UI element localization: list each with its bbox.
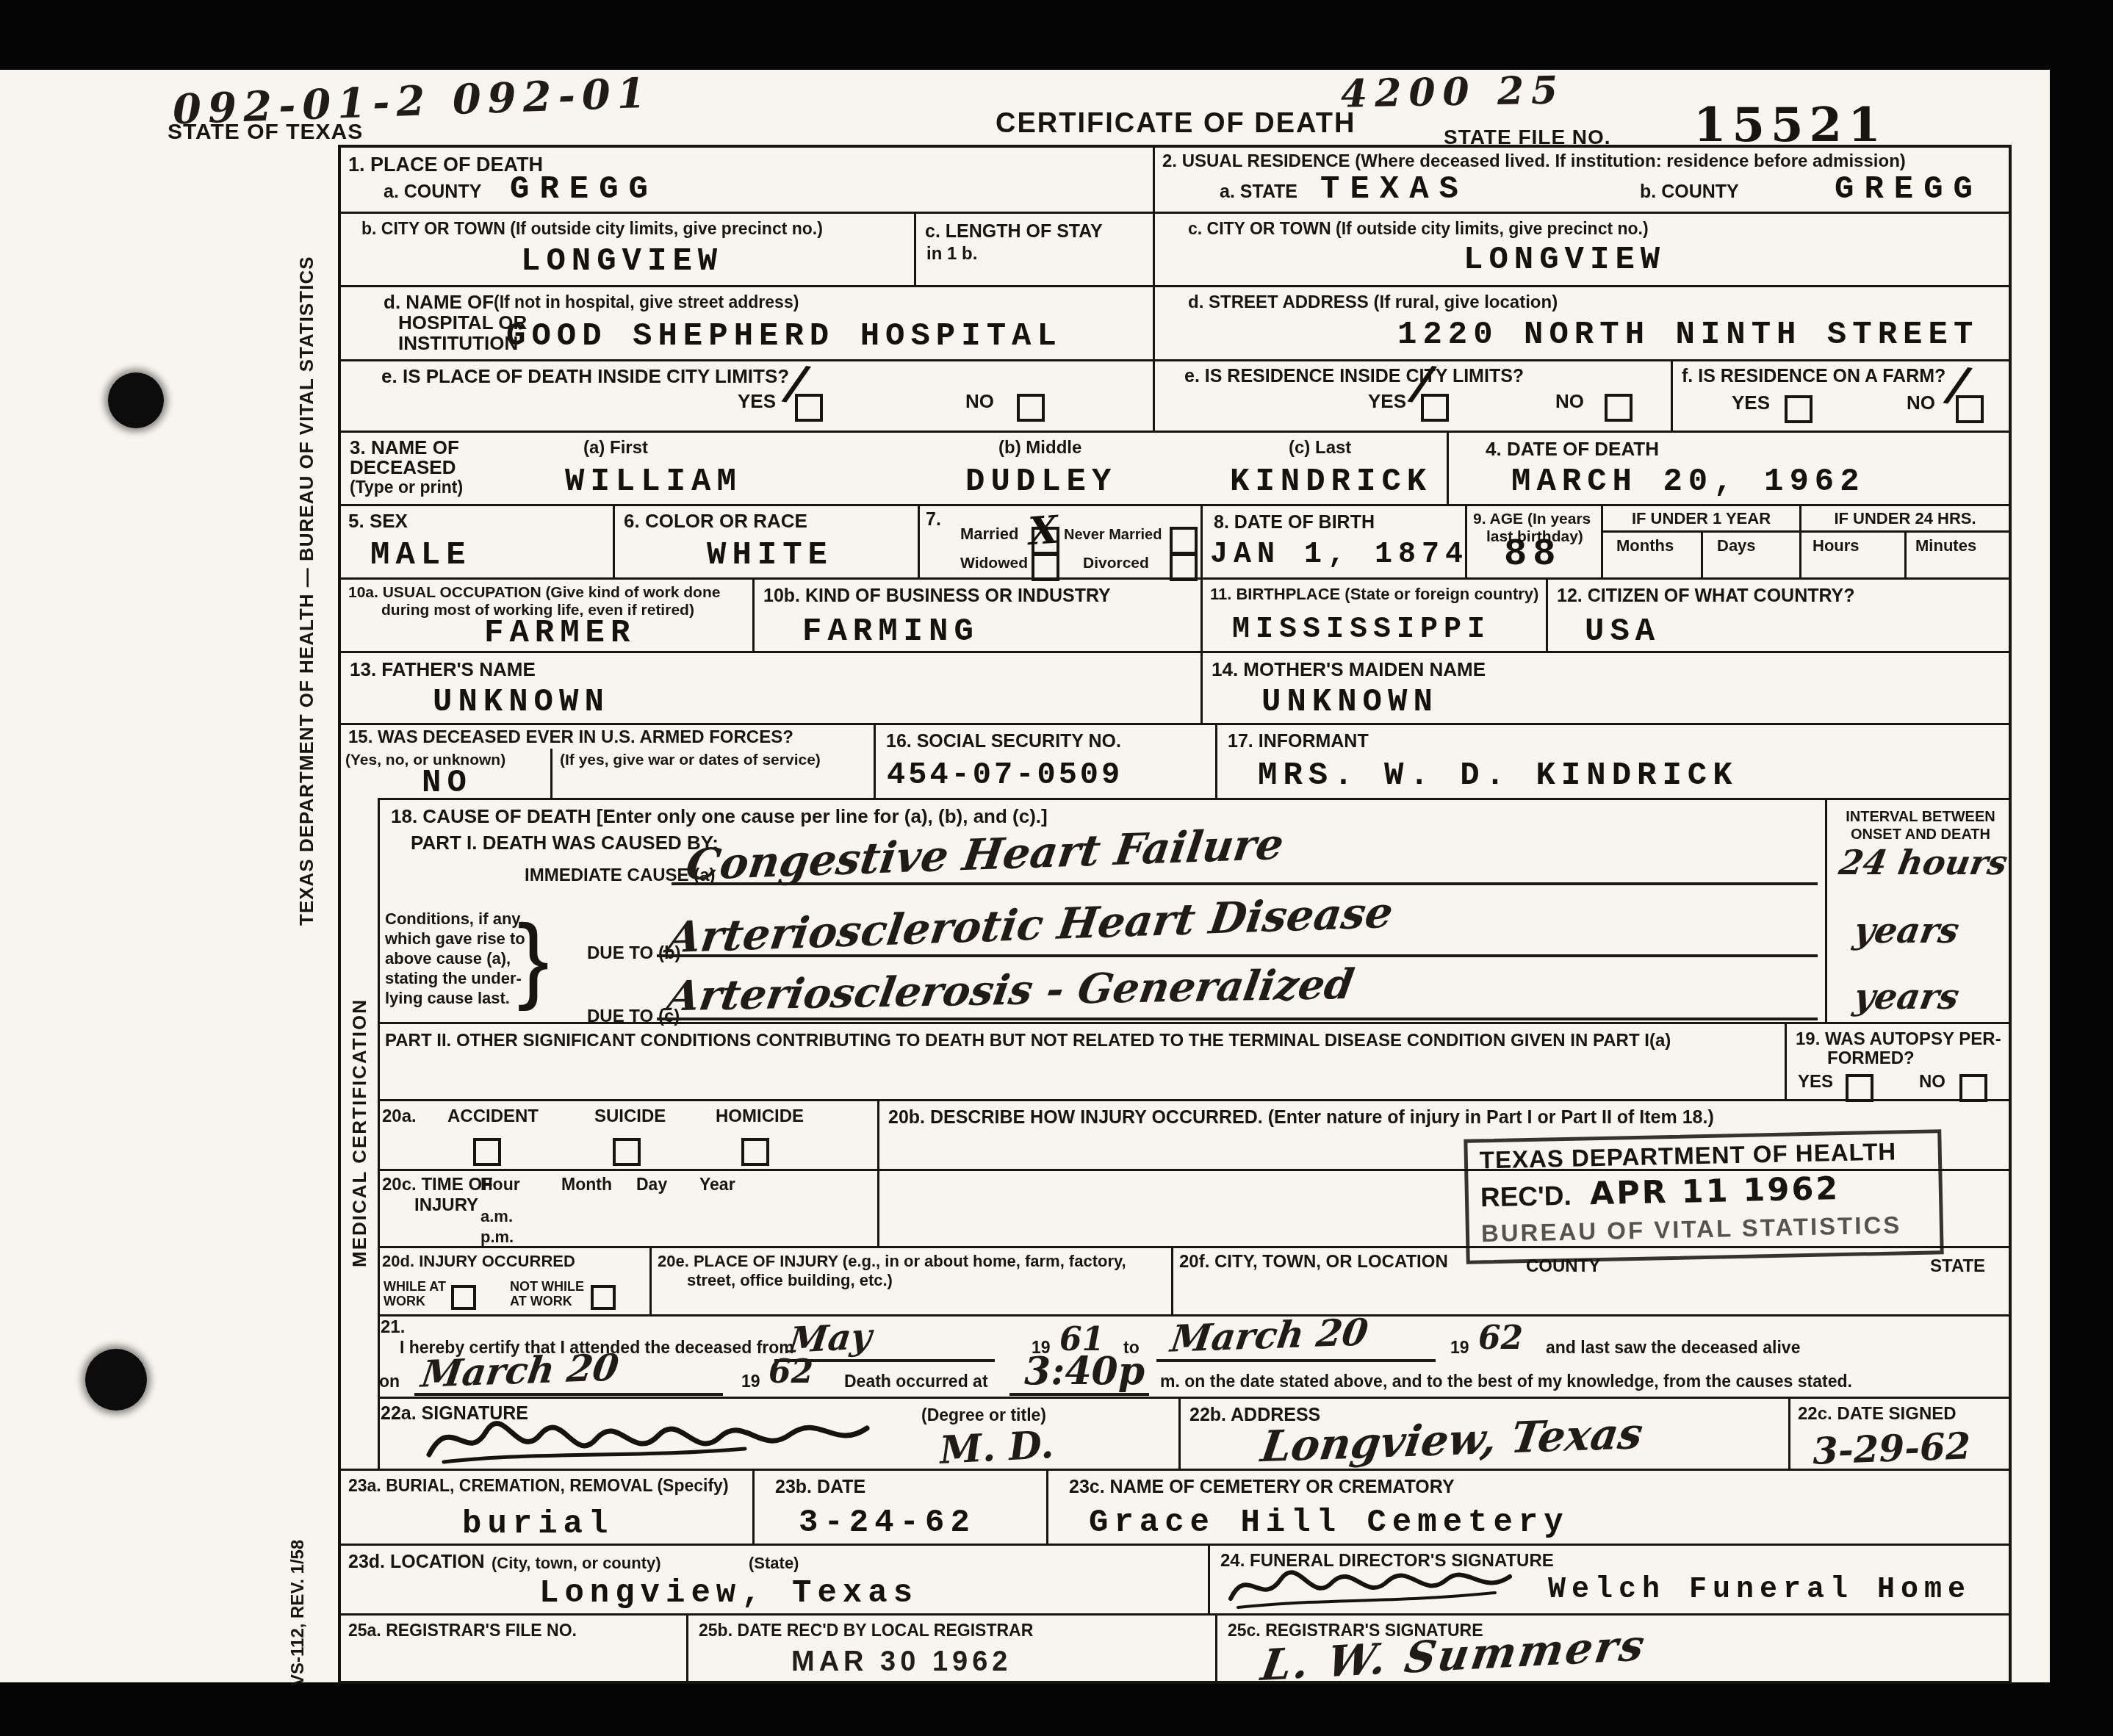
citizen-value: USA — [1585, 613, 1660, 650]
sex-cell: 5. SEX MALE — [341, 506, 613, 577]
place-of-death-section: 1. PLACE OF DEATH a. COUNTY GREGG — [341, 148, 1153, 212]
handwritten-batch-number: 4200 25 — [1340, 68, 1565, 116]
row-signature: 22a. SIGNATURE (Degree or title) M. D. 2… — [341, 1397, 2009, 1469]
business-label: 10b. KIND OF BUSINESS OR INDUSTRY — [763, 586, 1111, 606]
on-year-value: 62 — [768, 1353, 813, 1391]
hole-punch-top — [108, 372, 164, 428]
residence-city-cell: c. CITY OR TOWN (If outside city limits,… — [1153, 214, 2009, 285]
cemetery-label: 23c. NAME OF CEMETERY OR CREMATORY — [1069, 1477, 1455, 1497]
row-city-town: b. CITY OR TOWN (If outside city limits,… — [341, 212, 2009, 285]
label-20e-2: street, office building, etc.) — [687, 1272, 893, 1290]
farm-yes-label: YES — [1732, 392, 1770, 414]
occupation-cell: 10a. USUAL OCCUPATION (Give kind of work… — [341, 580, 752, 651]
stamp-line-3: BUREAU OF VITAL STATISTICS — [1481, 1211, 1902, 1247]
burial-date-value: 3-24-62 — [799, 1505, 976, 1541]
burial-location-cell: 23d. LOCATION (City, town, or county) (S… — [341, 1546, 1208, 1613]
row-parents: 13. FATHER'S NAME UNKNOWN 14. MOTHER'S M… — [341, 651, 2009, 723]
residence-city-limits-label: e. IS RESIDENCE INSIDE CITY LIMITS? — [1184, 366, 1524, 386]
burial-date-cell: 23b. DATE 3-24-62 — [752, 1471, 1046, 1544]
residence-no-label: NO — [1555, 391, 1584, 412]
day-label: Day — [636, 1175, 667, 1195]
not-while-label-2: AT WORK — [510, 1294, 572, 1308]
place-of-injury-cell: 20e. PLACE OF INJURY (e.g., in or about … — [649, 1248, 1171, 1314]
under-24-hrs-label: IF UNDER 24 HRS. — [1801, 510, 2009, 528]
ssn-value: 454-07-0509 — [887, 757, 1123, 793]
father-label: 13. FATHER'S NAME — [350, 659, 536, 680]
row-location-funeral: 23d. LOCATION (City, town, or county) (S… — [341, 1544, 2009, 1613]
name-title-1: 3. NAME OF — [350, 437, 459, 458]
place-no-checkbox — [1017, 394, 1045, 422]
burial-date-label: 23b. DATE — [775, 1477, 865, 1497]
race-label: 6. COLOR OR RACE — [624, 511, 807, 532]
birthplace-label: 11. BIRTHPLACE (State or foreign country… — [1210, 586, 1538, 604]
physician-signature-cell: 22a. SIGNATURE (Degree or title) M. D. — [378, 1399, 1178, 1469]
date-signed-label: 22c. DATE SIGNED — [1798, 1405, 1957, 1425]
not-while-at-work-checkbox — [591, 1285, 616, 1310]
accident-checkbox — [473, 1138, 501, 1166]
father-cell: 13. FATHER'S NAME UNKNOWN — [341, 653, 1201, 723]
attended-to-value: March 20 — [1168, 1310, 1371, 1361]
name-title-3: (Type or print) — [350, 478, 463, 497]
date-of-death-label: 4. DATE OF DEATH — [1486, 439, 1659, 460]
occupation-value: FARMER — [484, 615, 636, 652]
armed-forces-label: 15. WAS DECEASED EVER IN U.S. ARMED FORC… — [348, 728, 793, 748]
residence-yes-label: YES — [1368, 391, 1406, 412]
scanned-death-certificate: 092-01-2 092-01 4200 25 STATE OF TEXAS C… — [0, 0, 2113, 1736]
funeral-director-signature-scribble — [1225, 1556, 1519, 1610]
mother-label: 14. MOTHER'S MAIDEN NAME — [1212, 659, 1486, 680]
item-21-number: 21. — [381, 1318, 405, 1338]
first-name-label: (a) First — [583, 439, 648, 458]
hospital-label-3: INSTITUTION — [398, 333, 518, 354]
mother-cell: 14. MOTHER'S MAIDEN NAME UNKNOWN — [1201, 653, 2009, 723]
street-address-value: 1220 NORTH NINTH STREET — [1397, 317, 1979, 353]
time-of-death-value: 3:40p — [1024, 1349, 1145, 1394]
printed-19-c: 19 — [741, 1372, 760, 1391]
informant-value: MRS. W. D. KINDRICK — [1258, 757, 1738, 794]
burial-type-label: 23a. BURIAL, CREMATION, REMOVAL (Specify… — [348, 1477, 729, 1496]
part-2-label: PART II. OTHER SIGNIFICANT CONDITIONS CO… — [385, 1031, 1671, 1051]
suicide-checkbox — [613, 1138, 641, 1166]
row-burial: 23a. BURIAL, CREMATION, REMOVAL (Specify… — [341, 1469, 2009, 1544]
row-name-dod: 3. NAME OF DECEASED (Type or print) (a) … — [341, 431, 2009, 504]
residence-city-limits-cell: e. IS RESIDENCE INSIDE CITY LIMITS? YES … — [1153, 361, 1671, 431]
conditions-line-2: which gave rise to — [385, 930, 525, 948]
on-word: on — [379, 1372, 400, 1391]
injury-occurred-cell: 20d. INJURY OCCURRED WHILE AT WORK NOT W… — [378, 1248, 649, 1314]
informant-cell: 17. INFORMANT MRS. W. D. KINDRICK — [1215, 725, 2009, 798]
date-signed-cell: 22c. DATE SIGNED 3-29-62 — [1788, 1399, 2009, 1469]
interval-column-divider — [1825, 800, 1827, 1022]
accident-suicide-homicide-cell: 20a. ACCIDENT SUICIDE HOMICIDE — [378, 1101, 877, 1169]
date-received-stamp: MAR 30 1962 — [791, 1646, 1012, 1678]
place-county-value: GREGG — [510, 171, 658, 208]
conditions-line-3: above cause (a), — [385, 950, 511, 968]
burial-type-value: burial — [462, 1506, 613, 1543]
registrar-file-no-cell: 25a. REGISTRAR'S FILE NO. — [341, 1616, 686, 1681]
burial-type-cell: 23a. BURIAL, CREMATION, REMOVAL (Specify… — [341, 1471, 752, 1544]
degree-value: M. D. — [939, 1422, 1055, 1473]
father-value: UNKNOWN — [433, 684, 610, 721]
homicide-checkbox — [741, 1138, 769, 1166]
conditions-line-5: lying cause last. — [385, 990, 510, 1008]
certify-text-3: Death occurred at — [844, 1372, 988, 1391]
registrar-file-no-label: 25a. REGISTRAR'S FILE NO. — [348, 1621, 577, 1640]
race-value: WHITE — [707, 537, 833, 574]
label-20a: 20a. — [382, 1107, 417, 1127]
length-of-stay-sublabel: in 1 b. — [926, 245, 977, 264]
last-name-label: (c) Last — [1289, 439, 1351, 458]
informant-label: 17. INFORMANT — [1228, 731, 1369, 752]
label-20c-1: 20c. TIME OF — [382, 1175, 493, 1195]
farm-yes-checkbox — [1785, 395, 1813, 423]
age-cell: 9. AGE (In years last birthday) 88 — [1465, 506, 1601, 577]
armed-forces-value: NO — [422, 765, 472, 802]
hour-label: Hour — [480, 1175, 520, 1195]
hospital-cell: d. NAME OF (If not in hospital, give str… — [341, 287, 1153, 359]
date-signed-value: 3-29-62 — [1812, 1424, 1971, 1472]
location-value: Longview, Texas — [539, 1575, 918, 1612]
citizen-cell: 12. CITIZEN OF WHAT COUNTRY? USA — [1546, 580, 2009, 651]
residence-city-value: LONGVIEW — [1464, 242, 1666, 278]
row-sex-race-age: 5. SEX MALE 6. COLOR OR RACE WHITE 7. Ma… — [341, 504, 2009, 577]
state-of-texas-label: STATE OF TEXAS — [168, 120, 363, 145]
race-cell: 6. COLOR OR RACE WHITE — [613, 506, 918, 577]
while-at-label-2: WORK — [384, 1294, 425, 1308]
minutes-label: Minutes — [1915, 537, 1976, 555]
label-20e-1: 20e. PLACE OF INJURY (e.g., in or about … — [658, 1253, 1126, 1271]
residence-city-label: c. CITY OR TOWN (If outside city limits,… — [1188, 220, 1649, 239]
conditions-line-4: stating the under- — [385, 970, 522, 988]
business-value: FARMING — [802, 613, 979, 650]
age-value: 88 — [1504, 533, 1561, 576]
never-married-label: Never Married — [1064, 527, 1162, 543]
name-of-deceased-cell: 3. NAME OF DECEASED (Type or print) (a) … — [341, 433, 1447, 504]
to-year-value: 62 — [1478, 1319, 1523, 1357]
residence-no-checkbox — [1605, 394, 1633, 422]
state-column-label: STATE — [1930, 1257, 1985, 1277]
cause-b-line — [657, 954, 1818, 957]
cause-c-line — [657, 1018, 1818, 1020]
row-part2-autopsy: PART II. OTHER SIGNIFICANT CONDITIONS CO… — [341, 1022, 2009, 1099]
date-received-cell: 25b. DATE REC'D BY LOCAL REGISTRAR MAR 3… — [686, 1616, 1215, 1681]
autopsy-label-1: 19. WAS AUTOPSY PER- — [1796, 1030, 2001, 1050]
row-forces-ssn: 15. WAS DECEASED EVER IN U.S. ARMED FORC… — [341, 723, 2009, 798]
cause-b-value: Arteriosclerotic Heart Disease — [664, 887, 1396, 963]
on-underline — [414, 1393, 723, 1396]
place-city-limits-cell: e. IS PLACE OF DEATH INSIDE CITY LIMITS?… — [341, 361, 1153, 431]
place-no-label: NO — [965, 391, 994, 412]
hospital-label-paren: (If not in hospital, give street address… — [494, 293, 799, 312]
agency-vertical-label: TEXAS DEPARTMENT OF HEALTH — BUREAU OF V… — [295, 353, 325, 926]
residence-state-value: TEXAS — [1320, 171, 1469, 208]
residence-farm-label: f. IS RESIDENCE ON A FARM? — [1682, 366, 1945, 386]
not-while-label-1: NOT WHILE — [510, 1279, 584, 1294]
name-title-2: DECEASED — [350, 457, 456, 478]
row-place-residence-header: 1. PLACE OF DEATH a. COUNTY GREGG 2. USU… — [341, 148, 2009, 212]
cemetery-cell: 23c. NAME OF CEMETERY OR CREMATORY Grace… — [1046, 1471, 2009, 1544]
location-sub1: (City, town, or county) — [492, 1555, 661, 1573]
autopsy-cell: 19. WAS AUTOPSY PER- FORMED? YES NO — [1785, 1024, 2009, 1099]
interval-c-value: years — [1851, 976, 1962, 1018]
date-of-birth-value: JAN 1, 1874 — [1210, 539, 1469, 572]
registrar-signature-cell: 25c. REGISTRAR'S SIGNATURE L. W. Summers — [1215, 1616, 2009, 1681]
date-of-death-cell: 4. DATE OF DEATH MARCH 20, 1962 — [1447, 433, 2009, 504]
interval-b-value: years — [1851, 910, 1962, 951]
certificate-form: MEDICAL CERTIFICATION 1. PLACE OF DEATH … — [338, 145, 2012, 1684]
label-20b: 20b. DESCRIBE HOW INJURY OCCURRED. (Ente… — [888, 1107, 1714, 1128]
printed-19-b: 19 — [1450, 1339, 1469, 1358]
row-yes-no: e. IS PLACE OF DEATH INSIDE CITY LIMITS?… — [341, 359, 2009, 431]
sex-value: MALE — [370, 537, 472, 574]
conditions-line-1: Conditions, if any, — [385, 910, 524, 929]
never-married-checkbox — [1170, 527, 1198, 555]
time-of-injury-cell: 20c. TIME OF INJURY Hour a.m. p.m. Month… — [378, 1171, 877, 1246]
last-saw-date-value: March 20 — [419, 1345, 622, 1396]
ssn-cell: 16. SOCIAL SECURITY NO. 454-07-0509 — [874, 725, 1215, 798]
middle-name-label: (b) Middle — [998, 439, 1081, 458]
row-cause-of-death: 18. CAUSE OF DEATH [Enter only one cause… — [341, 798, 2009, 1022]
conditions-brace: } — [517, 903, 549, 1013]
stamp-line-1: TEXAS DEPARTMENT OF HEALTH — [1480, 1138, 1897, 1174]
stamp-recd-label: REC'D. — [1480, 1181, 1572, 1213]
widowed-label: Widowed — [960, 555, 1028, 572]
months-label: Months — [1616, 537, 1674, 555]
while-at-label-1: WHILE AT — [384, 1279, 446, 1294]
part-2-cell: PART II. OTHER SIGNIFICANT CONDITIONS CO… — [378, 1024, 1785, 1099]
part-1-label: PART I. DEATH WAS CAUSED BY: — [411, 832, 719, 854]
usual-residence-section: 2. USUAL RESIDENCE (Where deceased lived… — [1153, 148, 2009, 212]
first-name-value: WILLIAM — [565, 464, 742, 500]
date-of-birth-label: 8. DATE OF BIRTH — [1214, 512, 1375, 533]
armed-forces-cell: 15. WAS DECEASED EVER IN U.S. ARMED FORC… — [341, 725, 874, 798]
hole-punch-bottom — [85, 1349, 147, 1411]
physician-signature-scribble — [422, 1406, 877, 1466]
birthplace-value: MISSISSIPPI — [1232, 613, 1491, 647]
pm-label: p.m. — [480, 1228, 514, 1247]
length-of-stay-label: c. LENGTH OF STAY — [925, 221, 1103, 242]
armed-forces-sub2: (If yes, give war or dates of service) — [560, 752, 821, 769]
accident-label: ACCIDENT — [447, 1107, 539, 1127]
date-of-death-value: MARCH 20, 1962 — [1511, 464, 1865, 500]
funeral-home-value: Welch Funeral Home — [1548, 1574, 1971, 1607]
armed-forces-divider — [550, 749, 552, 798]
certify-text-2: and last saw the deceased alive — [1546, 1339, 1800, 1358]
cemetery-value: Grace Hill Cemetery — [1089, 1505, 1569, 1541]
married-label: Married — [960, 525, 1018, 544]
label-20d: 20d. INJURY OCCURRED — [382, 1253, 575, 1271]
occupation-label-1: 10a. USUAL OCCUPATION (Give kind of work… — [348, 584, 720, 602]
cause-a-line — [672, 882, 1818, 885]
under-1-year-label: IF UNDER 1 YEAR — [1603, 510, 1799, 528]
month-label: Month — [561, 1175, 612, 1195]
autopsy-no-checkbox — [1959, 1074, 1987, 1102]
label-20c-2: INJURY — [414, 1196, 478, 1216]
row-certify-statement: 21. I hereby certify that I attended the… — [341, 1314, 2009, 1397]
row-hospital-street: d. NAME OF (If not in hospital, give str… — [341, 285, 2009, 359]
cause-of-death-label: 18. CAUSE OF DEATH [Enter only one cause… — [391, 806, 1048, 827]
sex-label: 5. SEX — [348, 511, 408, 532]
certificate-paper: 092-01-2 092-01 4200 25 STATE OF TEXAS C… — [0, 70, 2050, 1682]
divorced-label: Divorced — [1083, 555, 1149, 572]
length-of-stay-cell: c. LENGTH OF STAY in 1 b. — [914, 214, 1153, 285]
mother-value: UNKNOWN — [1261, 684, 1439, 721]
place-yes-label: YES — [738, 391, 776, 412]
hours-minutes-divider — [1904, 530, 1907, 577]
residence-county-value: GREGG — [1835, 171, 1983, 208]
cause-a-value: Congestive Heart Failure — [683, 819, 1286, 890]
location-sub2: (State) — [749, 1555, 799, 1573]
autopsy-yes-label: YES — [1798, 1073, 1833, 1092]
residence-county-label: b. COUNTY — [1640, 181, 1739, 202]
farm-no-label: NO — [1907, 392, 1935, 414]
hours-label: Hours — [1813, 537, 1860, 555]
last-name-value: KINDRICK — [1230, 464, 1432, 500]
certificate-title: CERTIFICATE OF DEATH — [996, 108, 1356, 140]
year-label: Year — [699, 1175, 735, 1195]
usual-residence-title: 2. USUAL RESIDENCE (Where deceased lived… — [1162, 152, 1906, 172]
marital-label: 7. — [926, 509, 941, 530]
street-address-label: d. STREET ADDRESS (If rural, give locati… — [1188, 293, 1558, 313]
residence-state-label: a. STATE — [1220, 181, 1297, 202]
residence-farm-cell: f. IS RESIDENCE ON A FARM? YES NO / — [1671, 361, 2009, 431]
physician-address-cell: 22b. ADDRESS Longview, Texas — [1178, 1399, 1788, 1469]
marital-status-cell: 7. Married X Never Married Widowed Divor… — [918, 506, 1201, 577]
birthplace-cell: 11. BIRTHPLACE (State or foreign country… — [1201, 580, 1546, 651]
location-label: 23d. LOCATION — [348, 1552, 485, 1572]
row-occupation: 10a. USUAL OCCUPATION (Give kind of work… — [341, 577, 2009, 651]
under-1-year-cell: IF UNDER 1 YEAR Months Days — [1601, 506, 1799, 577]
certify-text-4: m. on the date stated above, and to the … — [1160, 1372, 1852, 1391]
date-of-birth-cell: 8. DATE OF BIRTH JAN 1, 1874 — [1201, 506, 1465, 577]
ssn-label: 16. SOCIAL SECURITY NO. — [886, 731, 1121, 752]
married-checkmark: X — [1027, 511, 1059, 552]
cause-c-value: Arteriosclerosis - Generalized — [664, 960, 1358, 1020]
medical-certification-vertical-label: MEDICAL CERTIFICATION — [348, 998, 371, 1267]
place-city-cell: b. CITY OR TOWN (If outside city limits,… — [341, 214, 914, 285]
hospital-label-1: d. NAME OF — [384, 292, 494, 313]
months-days-divider — [1701, 530, 1703, 577]
time-underline — [1009, 1393, 1149, 1396]
funeral-director-cell: 24. FUNERAL DIRECTOR'S SIGNATURE Welch F… — [1208, 1546, 2009, 1613]
suicide-label: SUICIDE — [594, 1107, 666, 1127]
interval-header-1: INTERVAL BETWEEN — [1832, 809, 2009, 825]
received-stamp: TEXAS DEPARTMENT OF HEALTH REC'D. APR 11… — [1464, 1129, 1943, 1264]
am-label: a.m. — [480, 1208, 513, 1226]
homicide-label: HOMICIDE — [716, 1107, 804, 1127]
citizen-label: 12. CITIZEN OF WHAT COUNTRY? — [1557, 586, 1855, 606]
row-registrar: 25a. REGISTRAR'S FILE NO. 25b. DATE REC'… — [341, 1613, 2009, 1681]
middle-name-value: DUDLEY — [965, 464, 1117, 500]
hospital-value: GOOD SHEPHERD HOSPITAL — [506, 318, 1062, 355]
interval-a-value: 24 hours — [1836, 843, 2010, 882]
date-received-label: 25b. DATE REC'D BY LOCAL REGISTRAR — [699, 1621, 1033, 1640]
street-address-cell: d. STREET ADDRESS (If rural, give locati… — [1153, 287, 2009, 359]
place-city-limits-label: e. IS PLACE OF DEATH INSIDE CITY LIMITS? — [381, 366, 789, 387]
days-label: Days — [1717, 537, 1756, 555]
to-underline — [1156, 1359, 1436, 1362]
stamp-date: APR 11 1962 — [1589, 1170, 1840, 1212]
under-24-hrs-cell: IF UNDER 24 HRS. Hours Minutes — [1799, 506, 2009, 577]
while-at-work-checkbox — [451, 1285, 476, 1310]
form-code-vertical: VS-112, REV. 1/58 — [288, 1510, 313, 1686]
medical-certification-strip: MEDICAL CERTIFICATION — [341, 798, 380, 1469]
place-city-label: b. CITY OR TOWN (If outside city limits,… — [361, 220, 823, 239]
degree-or-title-label: (Degree or title) — [921, 1406, 1046, 1425]
age-label-1: 9. AGE (In years — [1473, 511, 1591, 528]
business-cell: 10b. KIND OF BUSINESS OR INDUSTRY FARMIN… — [752, 580, 1201, 651]
label-20f: 20f. CITY, TOWN, OR LOCATION — [1179, 1253, 1448, 1272]
autopsy-yes-checkbox — [1846, 1074, 1873, 1102]
county-label: a. COUNTY — [384, 181, 481, 202]
autopsy-no-label: NO — [1919, 1073, 1945, 1092]
autopsy-label-2: FORMED? — [1827, 1049, 1915, 1069]
interval-header-2: ONSET AND DEATH — [1832, 826, 2009, 843]
place-city-value: LONGVIEW — [521, 243, 723, 280]
